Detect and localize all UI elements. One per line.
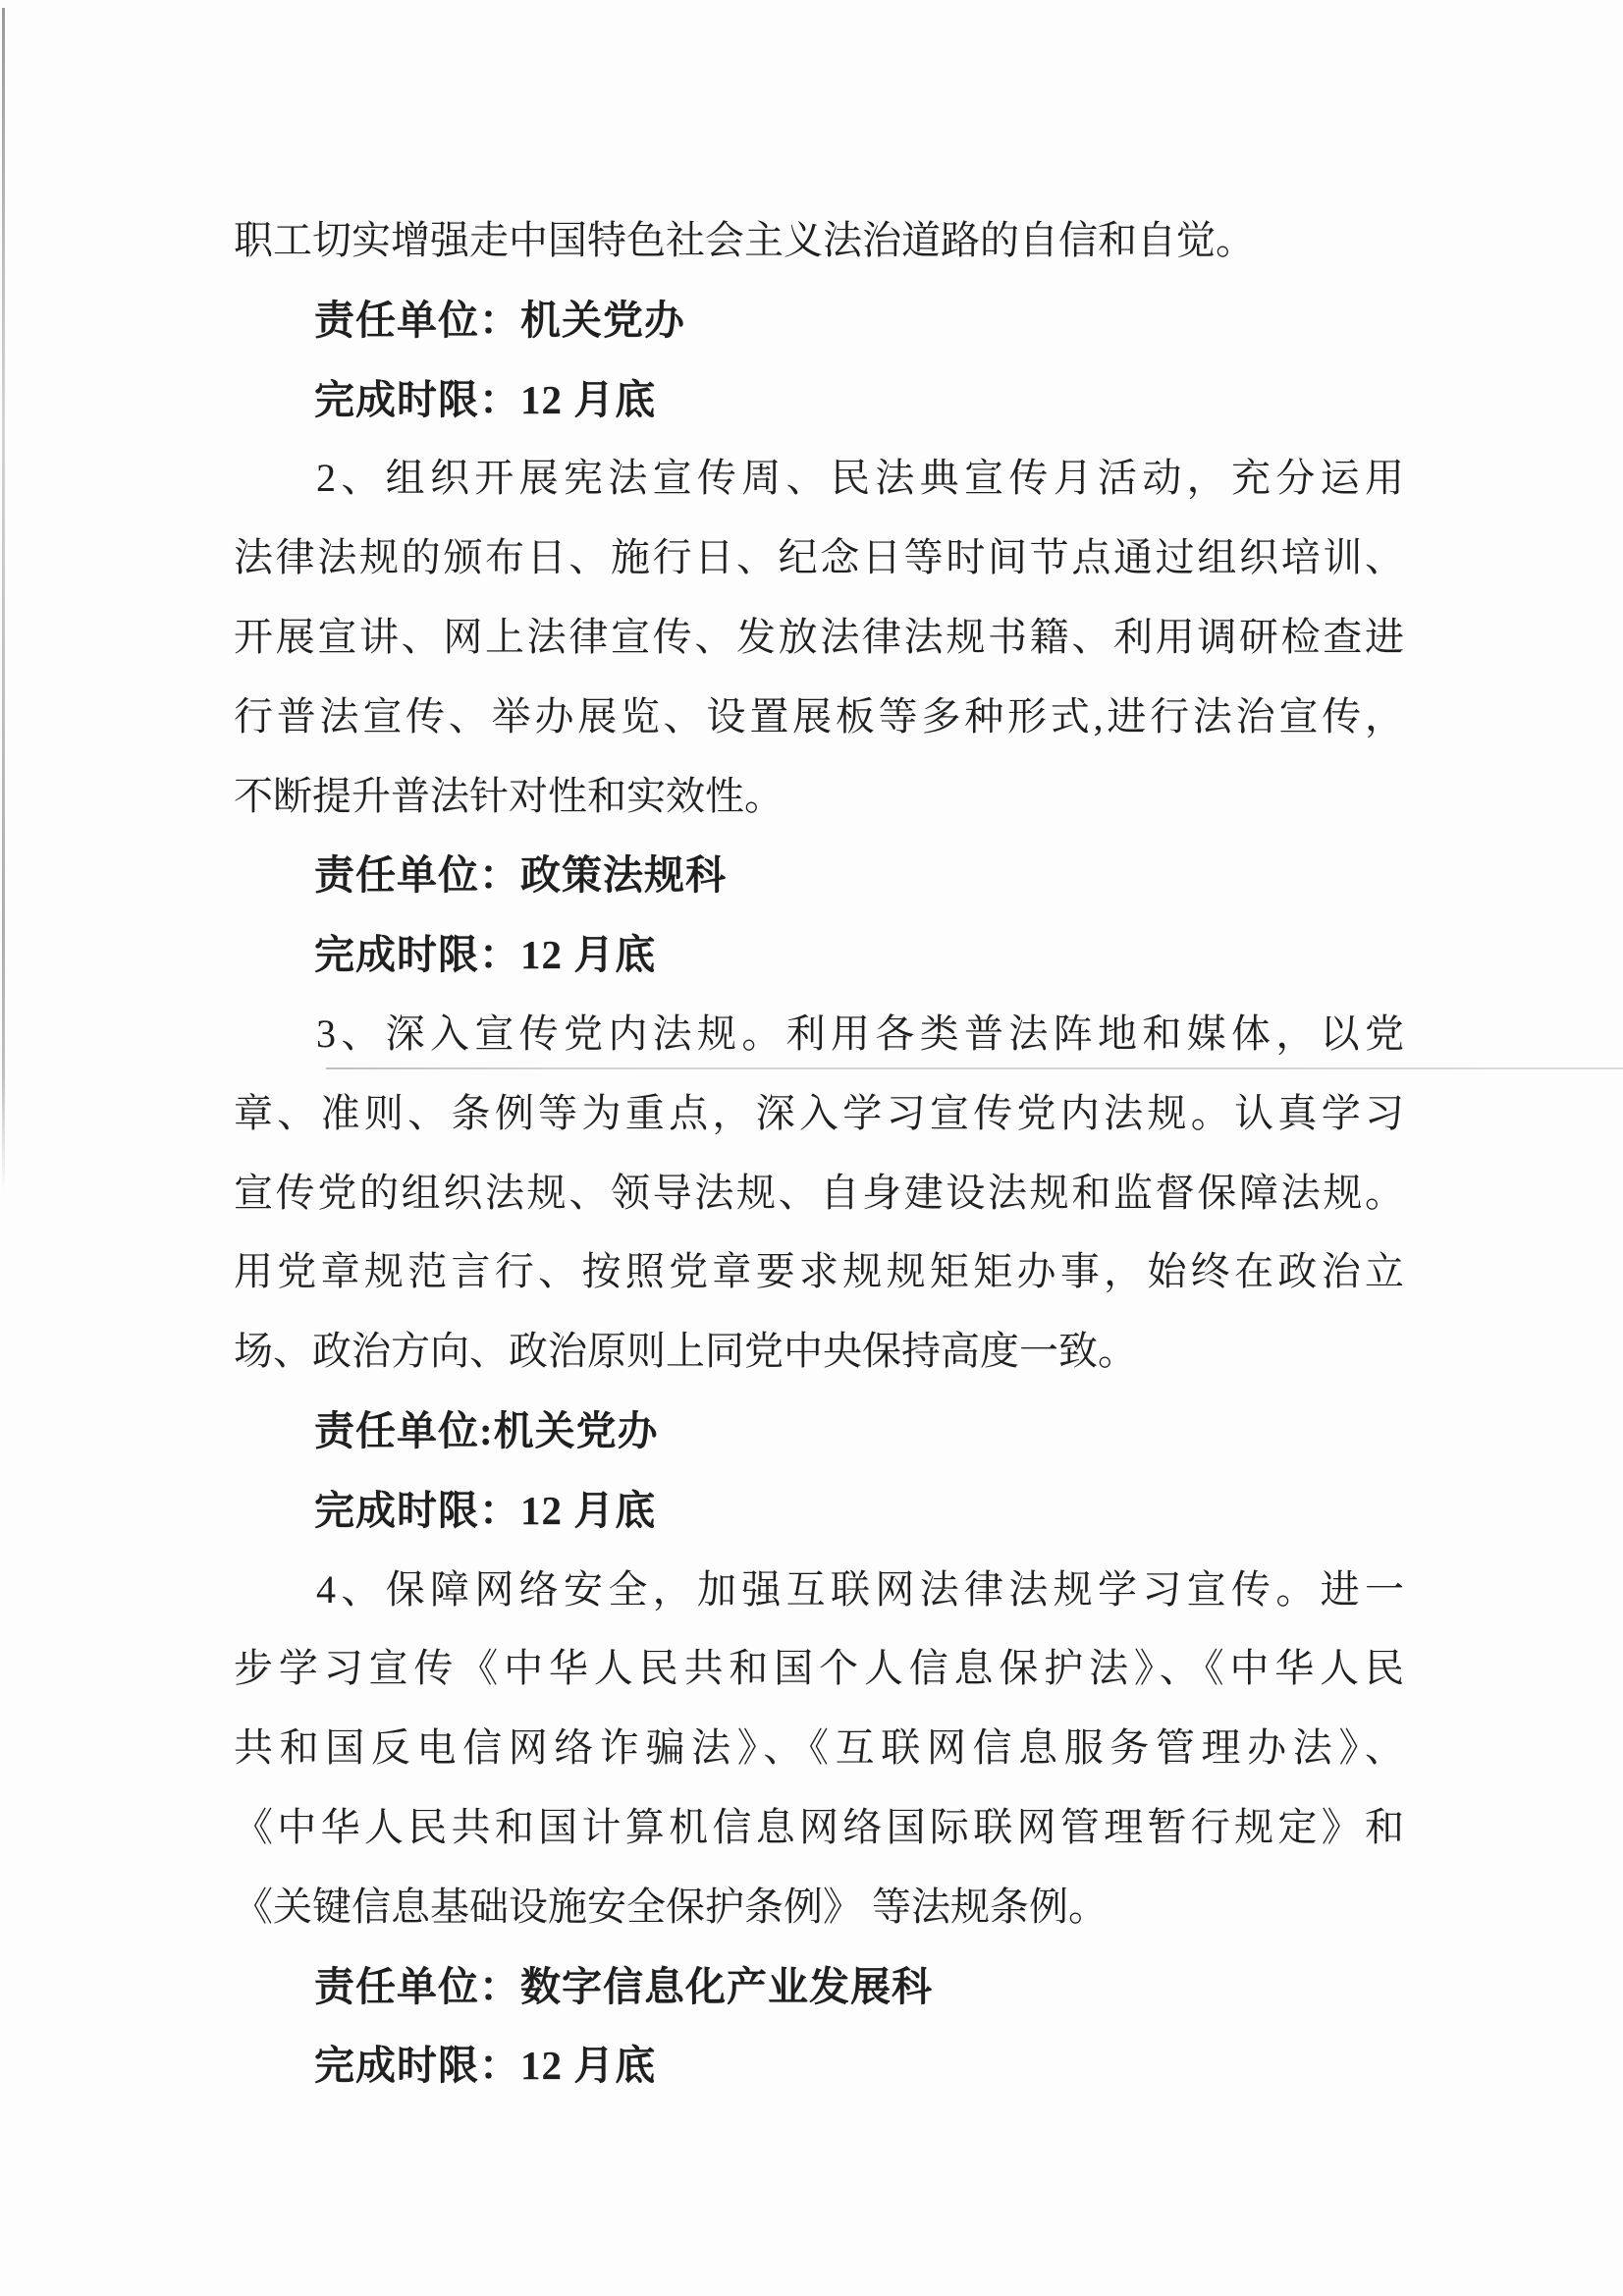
label-line: 责任单位:机关党办: [234, 1392, 1404, 1471]
scan-artifact-left-edge: [2, 8, 5, 1191]
label-line: 责任单位：机关党办: [234, 281, 1404, 360]
body-text-line: 法律法规的颁布日、施行日、纪念日等时间节点通过组织培训、: [234, 519, 1404, 598]
body-text-line: 场、政治方向、政治原则上同党中央保持高度一致。: [234, 1312, 1404, 1392]
body-text-line: 《关键信息基础设施安全保护条例》 等法规条例。: [234, 1868, 1404, 1947]
body-text-line: 职工切实增强走中国特色社会主义法治道路的自信和自觉。: [234, 201, 1404, 281]
label-line: 完成时限：12 月底: [234, 360, 1404, 440]
body-text-line: 2、组织开展宪法宣传周、民法典宣传月活动，充分运用: [234, 439, 1404, 519]
body-text-line: 步学习宣传《中华人民共和国个人信息保护法》、《中华人民: [234, 1629, 1404, 1709]
label-line: 责任单位：数字信息化产业发展科: [234, 1947, 1404, 2027]
document-page: 职工切实增强走中国特色社会主义法治道路的自信和自觉。责任单位：机关党办完成时限：…: [0, 0, 1623, 2296]
body-text-line: 不断提升普法针对性和实效性。: [234, 757, 1404, 837]
body-text-line: 共和国反电信网络诈骗法》、《互联网信息服务管理办法》、: [234, 1709, 1404, 1788]
label-line: 完成时限：12 月底: [234, 2026, 1404, 2105]
document-text-block: 职工切实增强走中国特色社会主义法治道路的自信和自觉。责任单位：机关党办完成时限：…: [234, 201, 1404, 2105]
body-text-line: 行普法宣传、举办展览、设置展板等多种形式,进行法治宣传，: [234, 678, 1404, 757]
body-text-line: 开展宣讲、网上法律宣传、发放法律法规书籍、利用调研检查进: [234, 598, 1404, 678]
label-line: 完成时限：12 月底: [234, 915, 1404, 995]
label-line: 完成时限：12 月底: [234, 1471, 1404, 1551]
body-text-line: 宣传党的组织法规、领导法规、自身建设法规和监督保障法规。: [234, 1154, 1404, 1233]
body-text-line: 用党章规范言行、按照党章要求规规矩矩办事，始终在政治立: [234, 1232, 1404, 1312]
body-text-line: 4、保障网络安全，加强互联网法律法规学习宣传。进一: [234, 1551, 1404, 1630]
body-text-line: 《中华人民共和国计算机信息网络国际联网管理暂行规定》和: [234, 1788, 1404, 1868]
label-line: 责任单位：政策法规科: [234, 836, 1404, 915]
body-text-line: 3、深入宣传党内法规。利用各类普法阵地和媒体，以党: [234, 995, 1404, 1074]
body-text-line: 章、准则、条例等为重点，深入学习宣传党内法规。认真学习: [234, 1074, 1404, 1154]
